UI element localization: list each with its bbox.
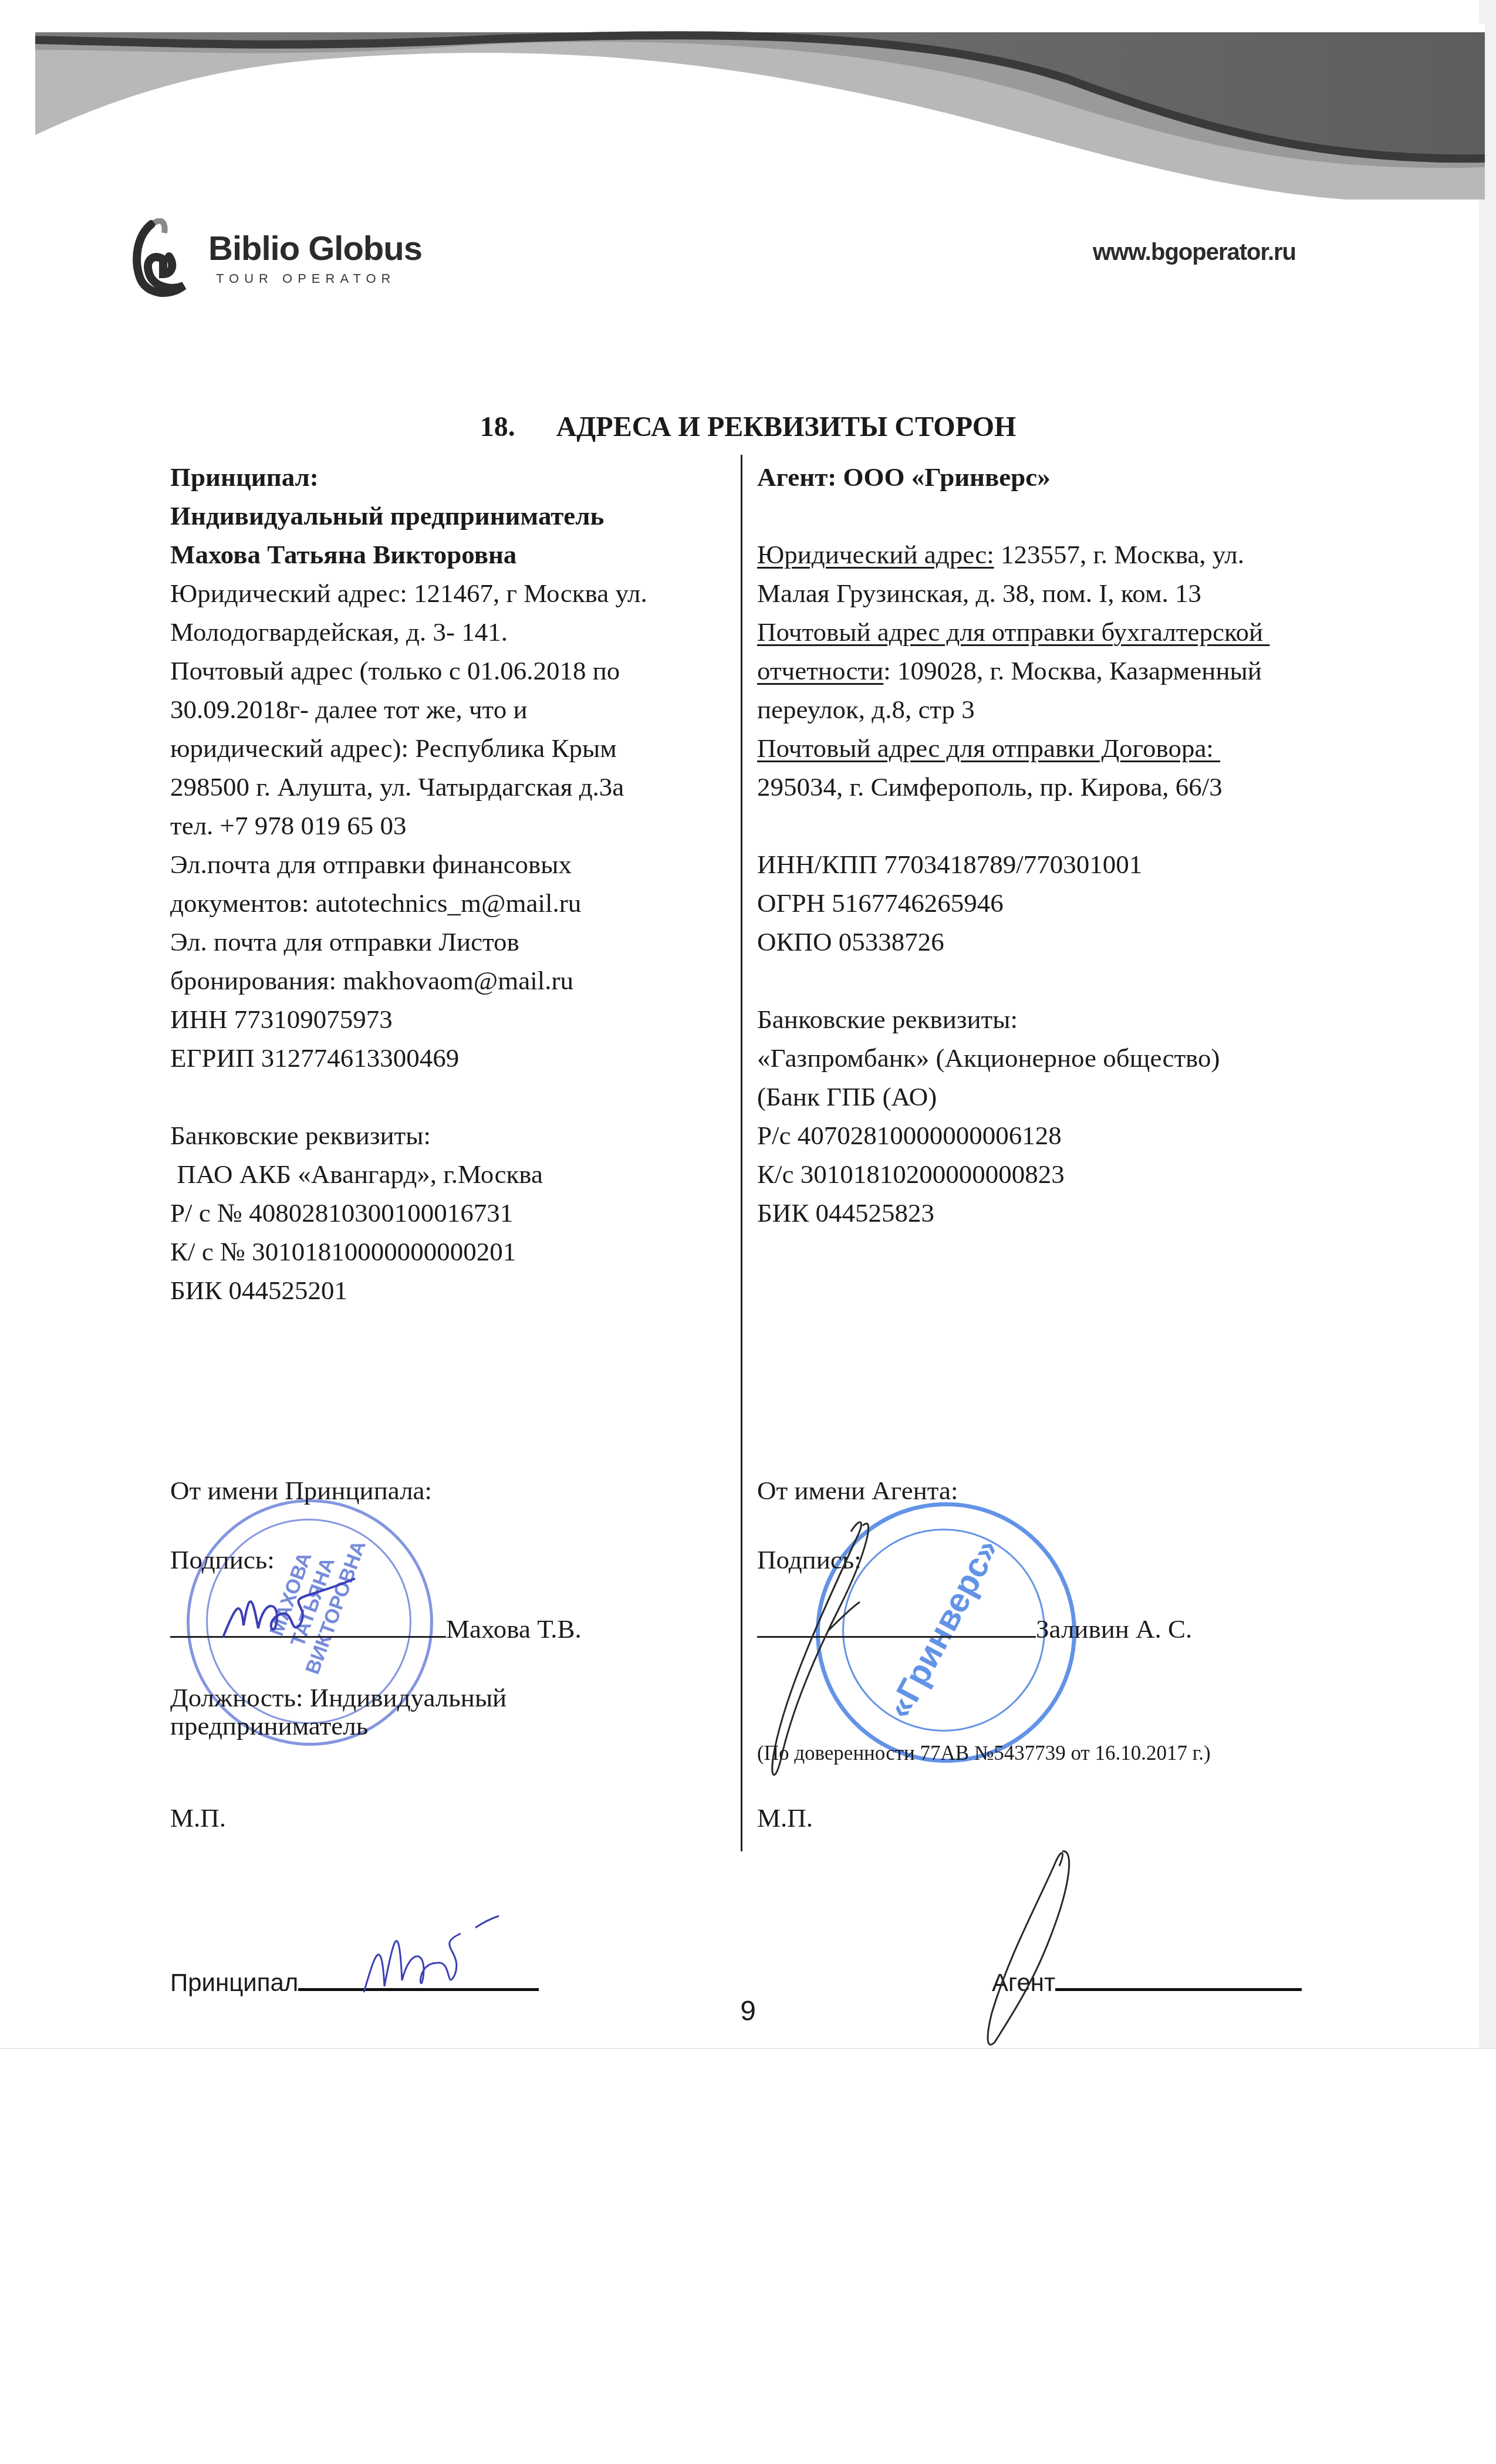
principal-handwritten-signature-icon	[217, 1573, 358, 1643]
page-bottom-edge	[0, 2048, 1496, 2049]
agent-legal-label: Юридический адрес:	[757, 540, 994, 569]
principal-position-line2: предприниматель	[170, 1706, 368, 1745]
principal-entity-type: Индивидуальный предприниматель	[170, 496, 716, 535]
website-link[interactable]: www.bgoperator.ru	[1093, 239, 1296, 266]
principal-bank-heading: Банковские реквизиты:	[170, 1116, 716, 1155]
agent-legal-value: 123557, г. Москва, ул.	[994, 540, 1244, 569]
principal-inn: ИНН 773109075973	[170, 1000, 716, 1039]
agent-postal-accounting-line3: переулок, д.8, стр 3	[757, 690, 1344, 729]
brand-name: Biblio Globus	[208, 229, 422, 268]
principal-detail-line: Эл. почта для отправки Листов	[170, 922, 716, 961]
principal-phone: тел. +7 978 019 65 03	[170, 806, 716, 845]
agent-postal-accounting-value: : 109028, г. Москва, Казарменный	[883, 656, 1262, 685]
principal-corr-account: К/ с № 30101810000000000201	[170, 1232, 716, 1271]
section-number: 18.	[480, 411, 515, 442]
principal-name: Махова Татьяна Викторовна	[170, 535, 716, 574]
agent-power-of-attorney: (По доверенности 77АВ №5437739 от 16.10.…	[757, 1734, 1211, 1773]
agent-bank-heading: Банковские реквизиты:	[757, 1000, 1344, 1039]
section-title-text: АДРЕСА И РЕКВИЗИТЫ СТОРОН	[556, 411, 1017, 442]
section-title: 18.АДРЕСА И РЕКВИЗИТЫ СТОРОН	[0, 411, 1496, 443]
principal-egrip: ЕГРИП 312774613300469	[170, 1039, 716, 1077]
principal-detail-line: 30.09.2018г- далее тот же, что и	[170, 690, 716, 729]
principal-detail-line: 298500 г. Алушта, ул. Чатырдагская д.3а	[170, 768, 716, 806]
agent-legal-address: Юридический адрес: 123557, г. Москва, ул…	[757, 535, 1344, 574]
principal-seal-label: М.П.	[170, 1799, 226, 1837]
page-number: 9	[0, 1995, 1496, 2027]
principal-bik: БИК 044525201	[170, 1271, 716, 1310]
agent-bank-short: (Банк ГПБ (АО)	[757, 1077, 1344, 1116]
column-divider	[741, 455, 742, 1851]
agent-column: Агент: ООО «Гринверс» Юридический адрес:…	[757, 458, 1344, 1232]
principal-bank-name: ПАО АКБ «Авангард», г.Москва	[170, 1155, 716, 1194]
agent-bank-name: «Газпромбанк» (Акционерное общество)	[757, 1039, 1344, 1077]
principal-signatory-name: Махова Т.В.	[446, 1614, 582, 1644]
agent-bik: БИК 044525823	[757, 1194, 1344, 1232]
biblio-globus-logo-icon	[128, 218, 198, 300]
principal-finance-email: документов: autotechnics_m@mail.ru	[170, 884, 716, 922]
brand-subtitle: TOUR OPERATOR	[216, 271, 396, 286]
agent-inn-kpp: ИНН/КПП 7703418789/770301001	[757, 845, 1344, 884]
agent-postal-accounting-label: Почтовый адрес для отправки бухгалтерско…	[757, 613, 1344, 651]
principal-booking-email: бронирования: makhovaom@mail.ru	[170, 961, 716, 1000]
scan-edge	[1479, 0, 1496, 2048]
principal-heading: Принципал:	[170, 458, 716, 496]
agent-corr-account: К/с 30101810200000000823	[757, 1155, 1344, 1194]
agent-postal-accounting-address: отчетности: 109028, г. Москва, Казарменн…	[757, 651, 1344, 690]
agent-postal-contract-label-text: Почтовый адрес для отправки Договора:	[757, 734, 1220, 763]
footer-agent-signature-line[interactable]	[1055, 1988, 1302, 1991]
principal-account: Р/ с № 40802810300100016731	[170, 1194, 716, 1232]
footer-principal-label: Принципал	[170, 1969, 298, 1996]
principal-column: Принципал: Индивидуальный предпринимател…	[170, 458, 716, 1310]
agent-account: Р/с 40702810000000006128	[757, 1116, 1344, 1155]
principal-detail-line: Эл.почта для отправки финансовых	[170, 845, 716, 884]
principal-detail-line: Юридический адрес: 121467, г Москва ул.	[170, 574, 716, 613]
agent-seal-label: М.П.	[757, 1799, 813, 1837]
agent-postal-contract-label: Почтовый адрес для отправки Договора:	[757, 729, 1344, 768]
principal-on-behalf: От имени Принципала:	[170, 1471, 432, 1510]
agent-postal-accounting-label-end: отчетности	[757, 656, 883, 685]
agent-ogrn: ОГРН 5167746265946	[757, 884, 1344, 922]
agent-okpo: ОКПО 05338726	[757, 922, 1344, 961]
principal-detail-line: юридический адрес): Республика Крым	[170, 729, 716, 768]
footer-principal-signature-icon	[358, 1892, 511, 1995]
agent-on-behalf: От имени Агента:	[757, 1471, 958, 1510]
agent-postal-accounting-label-text: Почтовый адрес для отправки бухгалтерско…	[757, 617, 1269, 647]
agent-heading: Агент: ООО «Гринверс»	[757, 458, 1344, 496]
principal-detail-line: Молодогвардейская, д. 3- 141.	[170, 613, 716, 651]
agent-legal-address-line2: Малая Грузинская, д. 38, пом. I, ком. 13	[757, 574, 1344, 613]
agent-signatory-name: Заливин А. С.	[1036, 1614, 1192, 1644]
agent-postal-contract-address: 295034, г. Симферополь, пр. Кирова, 66/3	[757, 768, 1344, 806]
principal-detail-line: Почтовый адрес (только с 01.06.2018 по	[170, 651, 716, 690]
header-wave-banner	[35, 23, 1485, 200]
